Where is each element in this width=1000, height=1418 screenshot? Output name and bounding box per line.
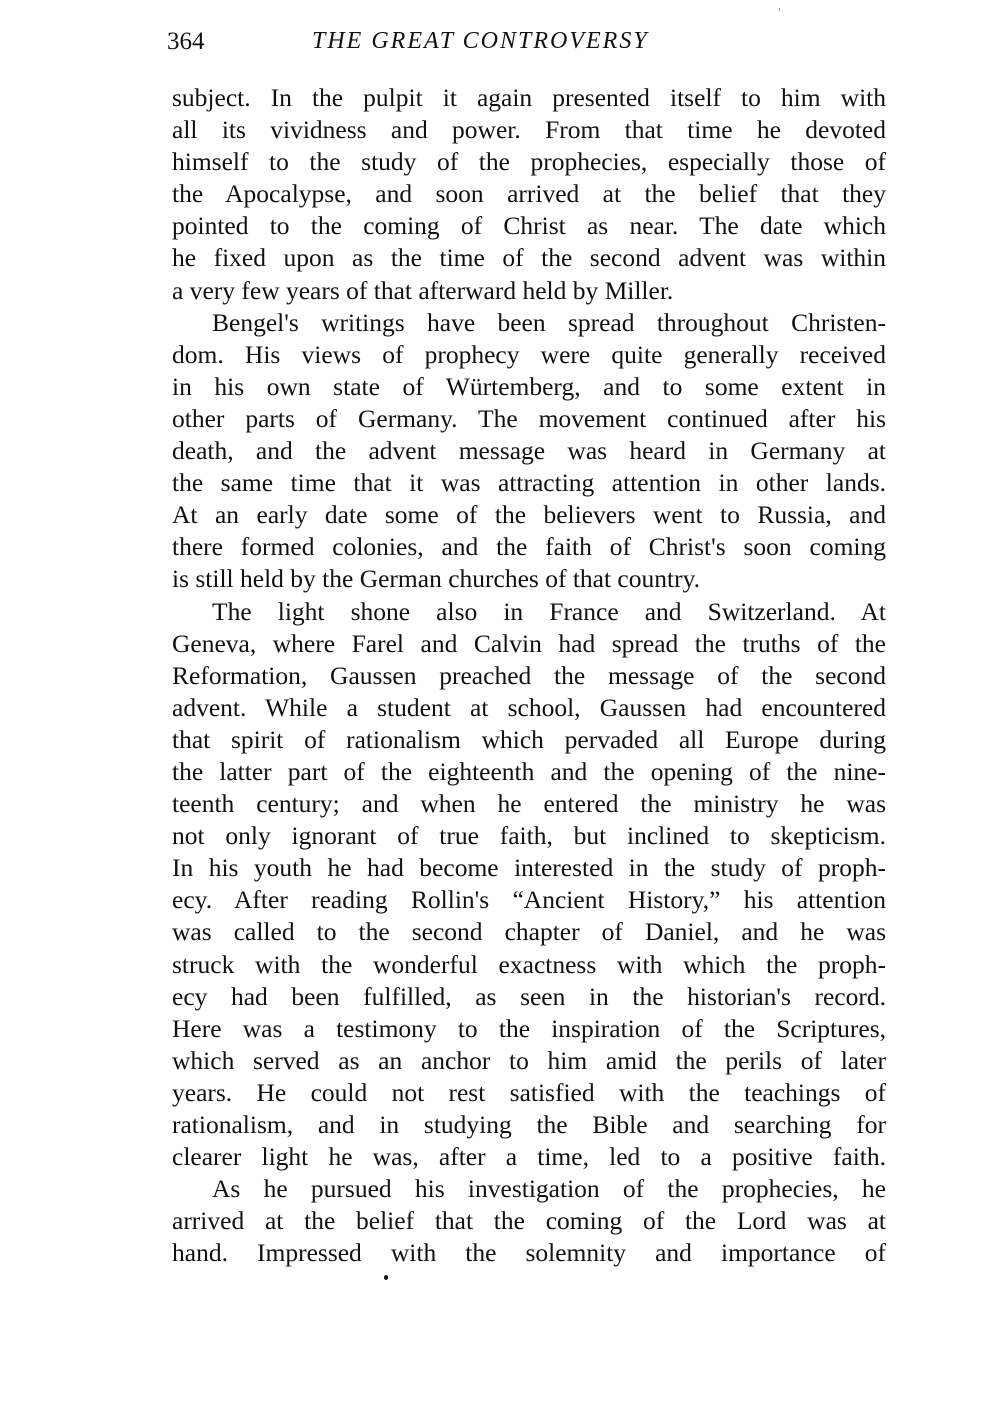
- text-line: the latter part of the eighteenth and th…: [172, 756, 886, 788]
- text-line: Reformation, Gaussen preached the messag…: [172, 660, 886, 692]
- text-line: hand. Impressed with the solemnity and i…: [172, 1237, 886, 1269]
- text-line: was called to the second chapter of Dani…: [172, 916, 886, 948]
- text-line: arrived at the belief that the coming of…: [172, 1205, 886, 1237]
- scan-speck: [384, 1275, 388, 1280]
- text-line: which served as an anchor to him amid th…: [172, 1045, 886, 1077]
- text-line: death, and the advent message was heard …: [172, 435, 886, 467]
- text-line: teenth century; and when he entered the …: [172, 788, 886, 820]
- text-line: he fixed upon as the time of the second …: [172, 242, 886, 274]
- text-line: pointed to the coming of Christ as near.…: [172, 210, 886, 242]
- body-text: subject. In the pulpit it again presente…: [172, 82, 886, 1269]
- text-line: a very few years of that afterward held …: [172, 275, 886, 307]
- book-page: 364 THE GREAT CONTROVERSY subject. In th…: [0, 0, 1000, 1418]
- text-line: Here was a testimony to the inspiration …: [172, 1013, 886, 1045]
- text-line: As he pursued his investigation of the p…: [172, 1173, 886, 1205]
- text-line: not only ignorant of true faith, but inc…: [172, 820, 886, 852]
- text-line: ecy. After reading Rollin's “Ancient His…: [172, 884, 886, 916]
- text-line: in his own state of Würtemberg, and to s…: [172, 371, 886, 403]
- text-line: Geneva, where Farel and Calvin had sprea…: [172, 628, 886, 660]
- text-line: dom. His views of prophecy were quite ge…: [172, 339, 886, 371]
- text-line: years. He could not rest satisfied with …: [172, 1077, 886, 1109]
- text-line: all its vividness and power. From that t…: [172, 114, 886, 146]
- running-title: THE GREAT CONTROVERSY: [312, 28, 649, 55]
- text-line: other parts of Germany. The movement con…: [172, 403, 886, 435]
- text-line: there formed colonies, and the faith of …: [172, 531, 886, 563]
- scan-mark: [779, 8, 780, 11]
- text-line: advent. While a student at school, Gauss…: [172, 692, 886, 724]
- text-line: Bengel's writings have been spread throu…: [172, 307, 886, 339]
- text-line: At an early date some of the believers w…: [172, 499, 886, 531]
- text-line: clearer light he was, after a time, led …: [172, 1141, 886, 1173]
- text-line: In his youth he had become interested in…: [172, 852, 886, 884]
- text-line: The light shone also in France and Switz…: [172, 596, 886, 628]
- text-line: rationalism, and in studying the Bible a…: [172, 1109, 886, 1141]
- text-line: subject. In the pulpit it again presente…: [172, 82, 886, 114]
- text-line: the same time that it was attracting att…: [172, 467, 886, 499]
- text-line: is still held by the German churches of …: [172, 563, 886, 595]
- text-line: struck with the wonderful exactness with…: [172, 949, 886, 981]
- page-header: 364 THE GREAT CONTROVERSY: [167, 28, 887, 62]
- page-number: 364: [167, 28, 205, 56]
- text-line: that spirit of rationalism which pervade…: [172, 724, 886, 756]
- text-line: himself to the study of the prophecies, …: [172, 146, 886, 178]
- text-line: the Apocalypse, and soon arrived at the …: [172, 178, 886, 210]
- text-line: ecy had been fulfilled, as seen in the h…: [172, 981, 886, 1013]
